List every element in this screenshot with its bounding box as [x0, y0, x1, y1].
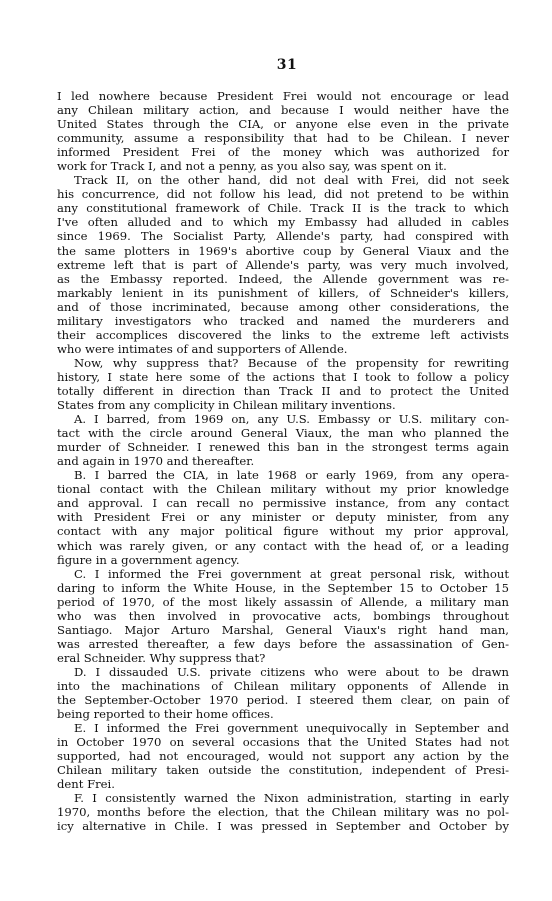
- text-line: F. I consistently warned the Nixon admin…: [57, 791, 509, 805]
- text-line: into the machinations of Chilean militar…: [57, 679, 509, 693]
- text-line: tact with the circle around General Viau…: [57, 426, 509, 440]
- text-line: States from any complicity in Chilean mi…: [57, 398, 509, 412]
- paragraph: E. I informed the Frei government unequi…: [57, 721, 509, 791]
- text-line: Track II, on the other hand, did not dea…: [57, 173, 509, 187]
- text-line: eral Schneider. Why suppress that?: [57, 651, 509, 665]
- text-line: figure in a government agency.: [57, 553, 509, 567]
- paragraph: Now, why suppress that? Because of the p…: [57, 356, 509, 412]
- text-line: history, I state here some of the action…: [57, 370, 509, 384]
- paragraph: B. I barred the CIA, in late 1968 or ear…: [57, 468, 509, 566]
- text-line: murder of Schneider. I renewed this ban …: [57, 440, 509, 454]
- paragraph: I led nowhere because President Frei wou…: [57, 89, 509, 173]
- text-line: work for Track I, and not a penny, as yo…: [57, 159, 509, 173]
- text-line: A. I barred, from 1969 on, any U.S. Emba…: [57, 412, 509, 426]
- text-line: in October 1970 on several occasions tha…: [57, 735, 509, 749]
- text-line: tional contact with the Chilean military…: [57, 482, 509, 496]
- text-line: any Chilean military action, and because…: [57, 103, 509, 117]
- paragraph: C. I informed the Frei government at gre…: [57, 567, 509, 665]
- text-line: Santiago. Major Arturo Marshal, General …: [57, 623, 509, 637]
- text-line: and approval. I can recall no permissive…: [57, 496, 509, 510]
- text-line: dent Frei.: [57, 777, 509, 791]
- text-line: who was then involved in provocative act…: [57, 609, 509, 623]
- text-line: since 1969. The Socialist Party, Allende…: [57, 229, 509, 243]
- text-line: with President Frei or any minister or d…: [57, 510, 509, 524]
- text-line: D. I dissauded U.S. private citizens who…: [57, 665, 509, 679]
- text-line: I've often alluded and to which my Embas…: [57, 215, 509, 229]
- text-line: their accomplices discovered the links t…: [57, 328, 509, 342]
- text-line: daring to inform the White House, in the…: [57, 581, 509, 595]
- text-line: being reported to their home offices.: [57, 707, 509, 721]
- text-line: period of 1970, of the most likely assas…: [57, 595, 509, 609]
- text-line: I led nowhere because President Frei wou…: [57, 89, 509, 103]
- text-line: military investigators who tracked and n…: [57, 314, 509, 328]
- text-line: and again in 1970 and thereafter.: [57, 454, 509, 468]
- document-body: I led nowhere because President Frei wou…: [57, 89, 509, 833]
- text-line: which was rarely given, or any contact w…: [57, 539, 509, 553]
- text-line: community, assume a responsibility that …: [57, 131, 509, 145]
- text-line: contact with any major political figure …: [57, 524, 509, 538]
- text-line: B. I barred the CIA, in late 1968 or ear…: [57, 468, 509, 482]
- text-line: was arrested thereafter, a few days befo…: [57, 637, 509, 651]
- text-line: 1970, months before the election, that t…: [57, 805, 509, 819]
- text-line: totally different in direction than Trac…: [57, 384, 509, 398]
- text-line: C. I informed the Frei government at gre…: [57, 567, 509, 581]
- text-line: who were intimates of and supporters of …: [57, 342, 509, 356]
- text-line: and of those incriminated, because among…: [57, 300, 509, 314]
- paragraph: Track II, on the other hand, did not dea…: [57, 173, 509, 356]
- paragraph: D. I dissauded U.S. private citizens who…: [57, 665, 509, 721]
- paragraph: A. I barred, from 1969 on, any U.S. Emba…: [57, 412, 509, 468]
- text-line: supported, had not encouraged, would not…: [57, 749, 509, 763]
- paragraph: F. I consistently warned the Nixon admin…: [57, 791, 509, 833]
- text-line: informed President Frei of the money whi…: [57, 145, 509, 159]
- text-line: United States through the CIA, or anyone…: [57, 117, 509, 131]
- text-line: icy alternative in Chile. I was pressed …: [57, 819, 509, 833]
- text-line: his concurrence, did not follow his lead…: [57, 187, 509, 201]
- text-line: Now, why suppress that? Because of the p…: [57, 356, 509, 370]
- text-line: Chilean military taken outside the const…: [57, 763, 509, 777]
- page-number: 31: [0, 57, 552, 73]
- text-line: as the Embassy reported. Indeed, the All…: [57, 272, 509, 286]
- text-line: markably lenient in its punishment of ki…: [57, 286, 509, 300]
- text-line: the September-October 1970 period. I ste…: [57, 693, 509, 707]
- text-line: any constitutional framework of Chile. T…: [57, 201, 509, 215]
- text-line: the same plotters in 1969's abortive cou…: [57, 244, 509, 258]
- text-line: extreme left that is part of Allende's p…: [57, 258, 509, 272]
- text-line: E. I informed the Frei government unequi…: [57, 721, 509, 735]
